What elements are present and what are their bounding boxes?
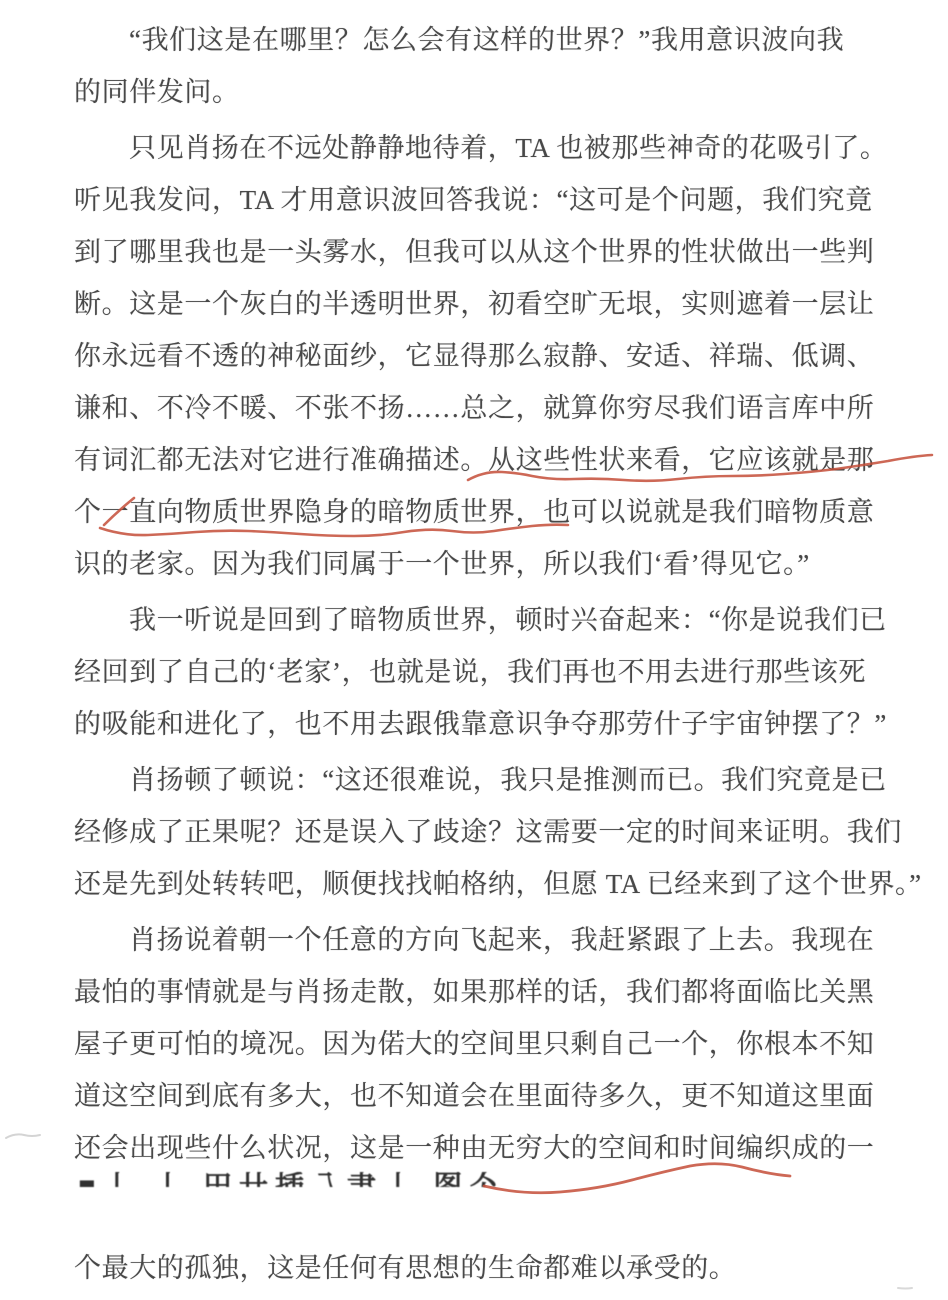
- body-text-column: “我们这是在哪里？怎么会有这样的世界？”我用意识波向我 的同伴发问。 只见肖扬在…: [74, 14, 918, 1178]
- paragraph-5: 肖扬说着朝一个任意的方向飞起来，我赶紧跟了上去。我现在 最怕的事情就是与肖扬走散…: [74, 914, 918, 1174]
- text-line: 屋子更可怕的境况。因为偌大的空间里只剩自己一个，你根本不知: [74, 1018, 918, 1070]
- paragraph-3: 我一听说是回到了暗物质世界，顿时兴奋起来：“你是说我们已 经回到了自己的‘老家’…: [74, 594, 918, 750]
- text-line: 谦和、不冷不暖、不张不扬……总之，就算你穷尽我们语言库中所: [74, 382, 918, 434]
- text-line: 最怕的事情就是与肖扬走散，如果那样的话，我们都将面临比关黑: [74, 966, 918, 1018]
- text-line: “我们这是在哪里？怎么会有这样的世界？”我用意识波向我: [74, 14, 918, 66]
- text-line: 断。这是一个灰白的半透明世界，初看空旷无垠，实则遮着一层让: [74, 278, 918, 330]
- text-line: 肖扬顿了顿说：“这还很难说，我只是推测而已。我们究竟是已: [74, 754, 918, 806]
- text-line: 还是先到处转转吧，顺便找找帕格纳，但愿 TA 已经来到了这个世界。”: [74, 858, 918, 910]
- text-line: 只见肖扬在不远处静静地待着，TA 也被那些神奇的花吸引了。: [74, 122, 918, 174]
- text-line: 的同伴发问。: [74, 66, 918, 118]
- paragraph-1: “我们这是在哪里？怎么会有这样的世界？”我用意识波向我 的同伴发问。: [74, 14, 918, 118]
- text-line: 道这空间到底有多大，也不知道会在里面待多久，更不知道这里面: [74, 1070, 918, 1122]
- scanned-book-page: “我们这是在哪里？怎么会有这样的世界？”我用意识波向我 的同伴发问。 只见肖扬在…: [0, 0, 948, 1300]
- text-line: 我一听说是回到了暗物质世界，顿时兴奋起来：“你是说我们已: [74, 594, 918, 646]
- text-line: 有词汇都无法对它进行准确描述。从这些性状来看，它应该就是那: [74, 434, 918, 486]
- text-line: 听见我发问，TA 才用意识波回答我说：“这可是个问题，我们究竟: [74, 174, 918, 226]
- text-line: 个一直向物质世界隐身的暗物质世界，也可以说就是我们暗物质意: [74, 486, 918, 538]
- text-line: 经回到了自己的‘老家’，也就是说，我们再也不用去进行那些该死: [74, 646, 918, 698]
- paragraph-2: 只见肖扬在不远处静静地待着，TA 也被那些神奇的花吸引了。 听见我发问，TA 才…: [74, 122, 918, 590]
- text-line: 的吸能和进化了，也不用去跟俄靠意识争夺那劳什子宇宙钟摆了？”: [74, 698, 918, 750]
- text-line: 还会出现些什么状况，这是一种由无穷大的空间和时间编织成的一: [74, 1122, 918, 1174]
- clipped-print-artifact: ■丨 亅 田卄插乁聿亅 图仌: [78, 1172, 548, 1187]
- text-line: 你永远看不透的神秘面纱，它显得那么寂静、安适、祥瑞、低调、: [74, 330, 918, 382]
- faint-margin-squiggle: [6, 1134, 40, 1138]
- paragraph-4: 肖扬顿了顿说：“这还很难说，我只是推测而已。我们究竟是已 经修成了正果呢？还是误…: [74, 754, 918, 910]
- text-line: 经修成了正果呢？还是误入了歧途？这需要一定的时间来证明。我们: [74, 806, 918, 858]
- text-line-bottom: 个最大的孤独，这是任何有思想的生命都难以承受的。: [74, 1242, 918, 1294]
- text-line: 到了哪里我也是一头雾水，但我可以从这个世界的性状做出一些判: [74, 226, 918, 278]
- text-line: 识的老家。因为我们同属于一个世界，所以我们‘看’得见它。”: [74, 538, 918, 590]
- text-line: 肖扬说着朝一个任意的方向飞起来，我赶紧跟了上去。我现在: [74, 914, 918, 966]
